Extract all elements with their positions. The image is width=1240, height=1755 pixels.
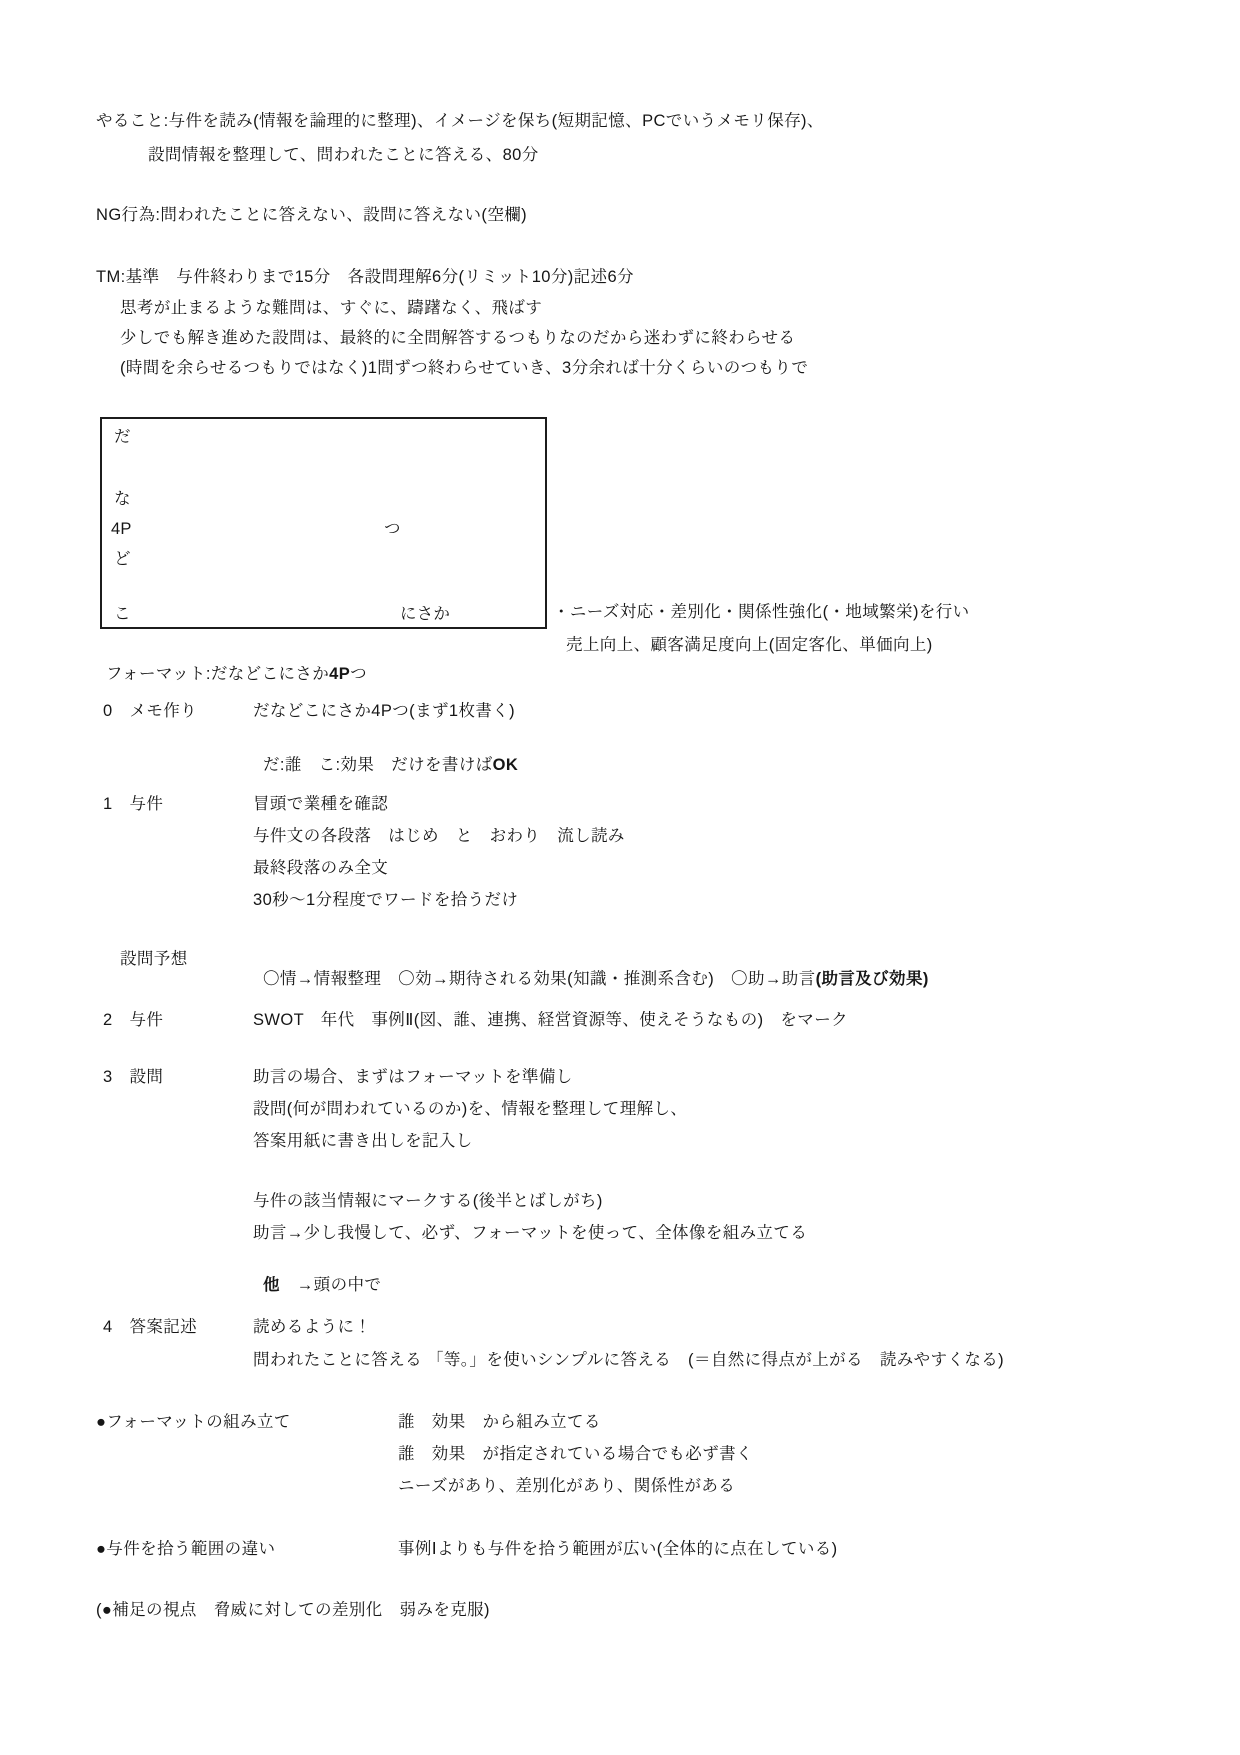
section-2-line-1: SWOT 年代 事例Ⅱ(図、誰、連携、経営資源等、使えそうなもの) をマーク xyxy=(253,1011,848,1031)
section-1-line-2: 与件文の各段落 はじめ と おわり 流し読み xyxy=(253,827,625,847)
memo-box-char-da: だ xyxy=(114,428,131,448)
section-3-line-4: 与件の該当情報にマークする(後半とばしがち) xyxy=(253,1192,603,1212)
tm-line-1: TM:基準 与件終わりまで15分 各設問理解6分(リミット10分)記述6分 xyxy=(96,268,634,288)
memo-format-box: だ な 4P ど こ つ にさか xyxy=(100,417,547,629)
section-3-line-6-bold: 他 xyxy=(263,1276,280,1294)
format-build-line-2: 誰 効果 が指定されている場合でも必ず書く xyxy=(398,1445,753,1465)
range-diff-line-1: 事例Ⅰよりも与件を拾う範囲が広い(全体的に点在している) xyxy=(398,1540,838,1560)
intro-line-2: 設問情報を整理して、問われたことに答える、80分 xyxy=(148,146,539,166)
forecast-line: 〇情→情報整理 〇効→期待される効果(知識・推測系含む) 〇助→助言(助言及び効… xyxy=(253,950,929,990)
memo-box-char-do: ど xyxy=(114,550,131,570)
format-caption: フォーマット:だなどこにさか4Pつ xyxy=(96,645,367,685)
section-4-label: 4 答案記述 xyxy=(103,1318,197,1338)
section-3-label: 3 設問 xyxy=(103,1068,163,1088)
section-0-label: 0 メモ作り xyxy=(103,702,197,722)
section-1-line-1: 冒頭で業種を確認 xyxy=(253,795,388,815)
section-3-line-6: 他 →頭の中で xyxy=(253,1256,381,1296)
section-1-label: 1 与件 xyxy=(103,795,163,815)
section-1-line-4: 30秒～1分程度でワードを拾うだけ xyxy=(253,891,518,911)
tm-line-2: 思考が止まるような難問は、すぐに、躊躇なく、飛ばす xyxy=(120,299,542,319)
section-4-line-1: 読めるように！ xyxy=(253,1318,371,1338)
section-3-line-1: 助言の場合、まずはフォーマットを準備し xyxy=(253,1068,573,1088)
format-build-line-3: ニーズがあり、差別化があり、関係性がある xyxy=(398,1477,735,1497)
supplement-line: (●補足の視点 脅威に対しての差別化 弱みを克服) xyxy=(96,1601,490,1621)
section-3-line-2: 設問(何が問われているのか)を、情報を整理して理解し、 xyxy=(253,1100,687,1120)
section-0-line-1: だなどこにさか4Pつ(まず1枚書く) xyxy=(253,702,515,722)
effects-note-line-2: 売上向上、顧客満足度向上(固定客化、単価向上) xyxy=(566,636,933,656)
memo-box-text-nisaka: にさか xyxy=(400,605,450,625)
section-0-line-2-bold-ok: OK xyxy=(493,756,519,774)
format-caption-suffix: つ xyxy=(350,665,367,683)
memo-box-char-4p: 4P xyxy=(111,520,132,540)
document-page: { "intro": { "line1": "やること:与件を読み(情報を論理的… xyxy=(0,0,1240,1755)
forecast-line-text: 〇情→情報整理 〇効→期待される効果(知識・推測系含む) 〇助→助言 xyxy=(263,970,816,988)
memo-box-char-na: な xyxy=(114,490,131,510)
intro-line-1: やること:与件を読み(情報を論理的に整理)、イメージを保ち(短期記憶、PCでいう… xyxy=(96,112,824,132)
section-3-line-5: 助言→少し我慢して、必ず、フォーマットを使って、全体像を組み立てる xyxy=(253,1224,807,1244)
section-2-label: 2 与件 xyxy=(103,1011,163,1031)
format-build-line-1: 誰 効果 から組み立てる xyxy=(398,1413,601,1433)
section-3-line-3: 答案用紙に書き出しを記入し xyxy=(253,1132,473,1152)
section-3-line-6-text: →頭の中で xyxy=(280,1276,381,1294)
format-caption-bold-4p: 4P xyxy=(329,665,350,683)
tm-line-4: (時間を余らせるつもりではなく)1問ずつ終わらせていき、3分余れば十分くらいのつ… xyxy=(120,359,808,379)
format-caption-prefix: フォーマット:だなどこにさか xyxy=(106,665,329,683)
memo-box-char-tsu: つ xyxy=(384,520,401,540)
memo-box-char-ko: こ xyxy=(114,605,131,625)
section-0-line-2-text: だ:誰 こ:効果 だけを書けば xyxy=(263,756,493,774)
section-0-line-2: だ:誰 こ:効果 だけを書けばOK xyxy=(253,736,518,776)
forecast-label: 設問予想 xyxy=(120,950,188,970)
section-4-line-2: 問われたことに答える 「等。」を使いシンプルに答える (＝自然に得点が上がる 読… xyxy=(253,1351,1004,1371)
range-diff-label: ●与件を拾う範囲の違い xyxy=(96,1540,275,1560)
format-build-label: ●フォーマットの組み立て xyxy=(96,1413,291,1433)
tm-line-3: 少しでも解き進めた設問は、最終的に全問解答するつもりなのだから迷わずに終わらせる xyxy=(120,329,795,349)
ng-line: NG行為:問われたことに答えない、設問に答えない(空欄) xyxy=(96,206,527,226)
forecast-line-bold: (助言及び効果) xyxy=(816,970,929,988)
section-1-line-3: 最終段落のみ全文 xyxy=(253,859,388,879)
effects-note-line-1: ・ニーズ対応・差別化・関係性強化(・地域繁栄)を行い xyxy=(553,603,970,623)
